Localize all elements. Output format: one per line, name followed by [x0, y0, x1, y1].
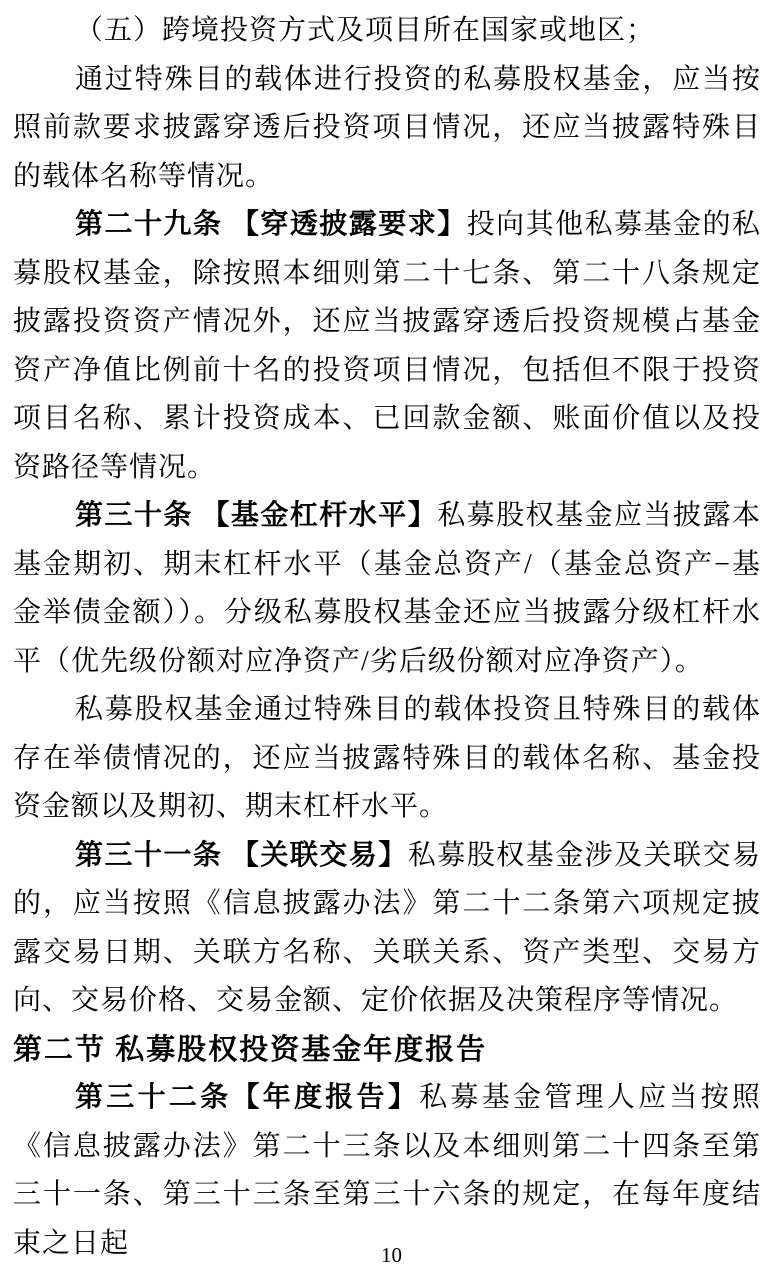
paragraph-article-30: 第三十条 【基金杠杆水平】私募股权基金应当披露本基金期初、期末杠杆水平（基金总资…: [13, 492, 761, 686]
article-30-heading: 第三十条 【基金杠杆水平】: [75, 500, 437, 531]
paragraph-spv-leverage: 私募股权基金通过特殊目的载体投资且特殊目的载体存在举债情况的，还应当披露特殊目的…: [13, 686, 761, 832]
paragraph-text: 投向其他私募基金的私募股权基金，除按照本细则第二十七条、第二十八条规定披露投资资…: [13, 209, 761, 483]
paragraph-text: 私募股权基金通过特殊目的载体投资且特殊目的载体存在举债情况的，还应当披露特殊目的…: [13, 694, 761, 822]
paragraph-article-32: 第三十二条【年度报告】私募基金管理人应当按照《信息披露办法》第二十三条以及本细则…: [13, 1074, 761, 1268]
paragraph-spv-disclosure: 通过特殊目的载体进行投资的私募股权基金，应当按照前款要求披露穿透后投资项目情况，…: [13, 56, 761, 202]
article-31-heading: 第三十一条 【关联交易】: [75, 840, 408, 871]
paragraph-text: 通过特殊目的载体进行投资的私募股权基金，应当按照前款要求披露穿透后投资项目情况，…: [13, 64, 761, 192]
article-29-heading: 第二十九条 【穿透披露要求】: [75, 209, 467, 240]
paragraph-article-29: 第二十九条 【穿透披露要求】投向其他私募基金的私募股权基金，除按照本细则第二十七…: [13, 201, 761, 492]
article-32-heading: 第三十二条【年度报告】: [75, 1082, 419, 1113]
paragraph-article-31: 第三十一条 【关联交易】私募股权基金涉及关联交易的，应当按照《信息披露办法》第二…: [13, 832, 761, 1026]
paragraph-item-5-cross-border: （五）跨境投资方式及项目所在国家或地区；: [13, 7, 761, 56]
paragraph-text: （五）跨境投资方式及项目所在国家或地区；: [75, 15, 655, 46]
document-body: （五）跨境投资方式及项目所在国家或地区； 通过特殊目的载体进行投资的私募股权基金…: [13, 7, 761, 1268]
section-2-heading: 第二节 私募股权投资基金年度报告: [13, 1026, 761, 1075]
document-page: （五）跨境投资方式及项目所在国家或地区； 通过特殊目的载体进行投资的私募股权基金…: [0, 0, 783, 1284]
page-number: 10: [0, 1240, 783, 1270]
